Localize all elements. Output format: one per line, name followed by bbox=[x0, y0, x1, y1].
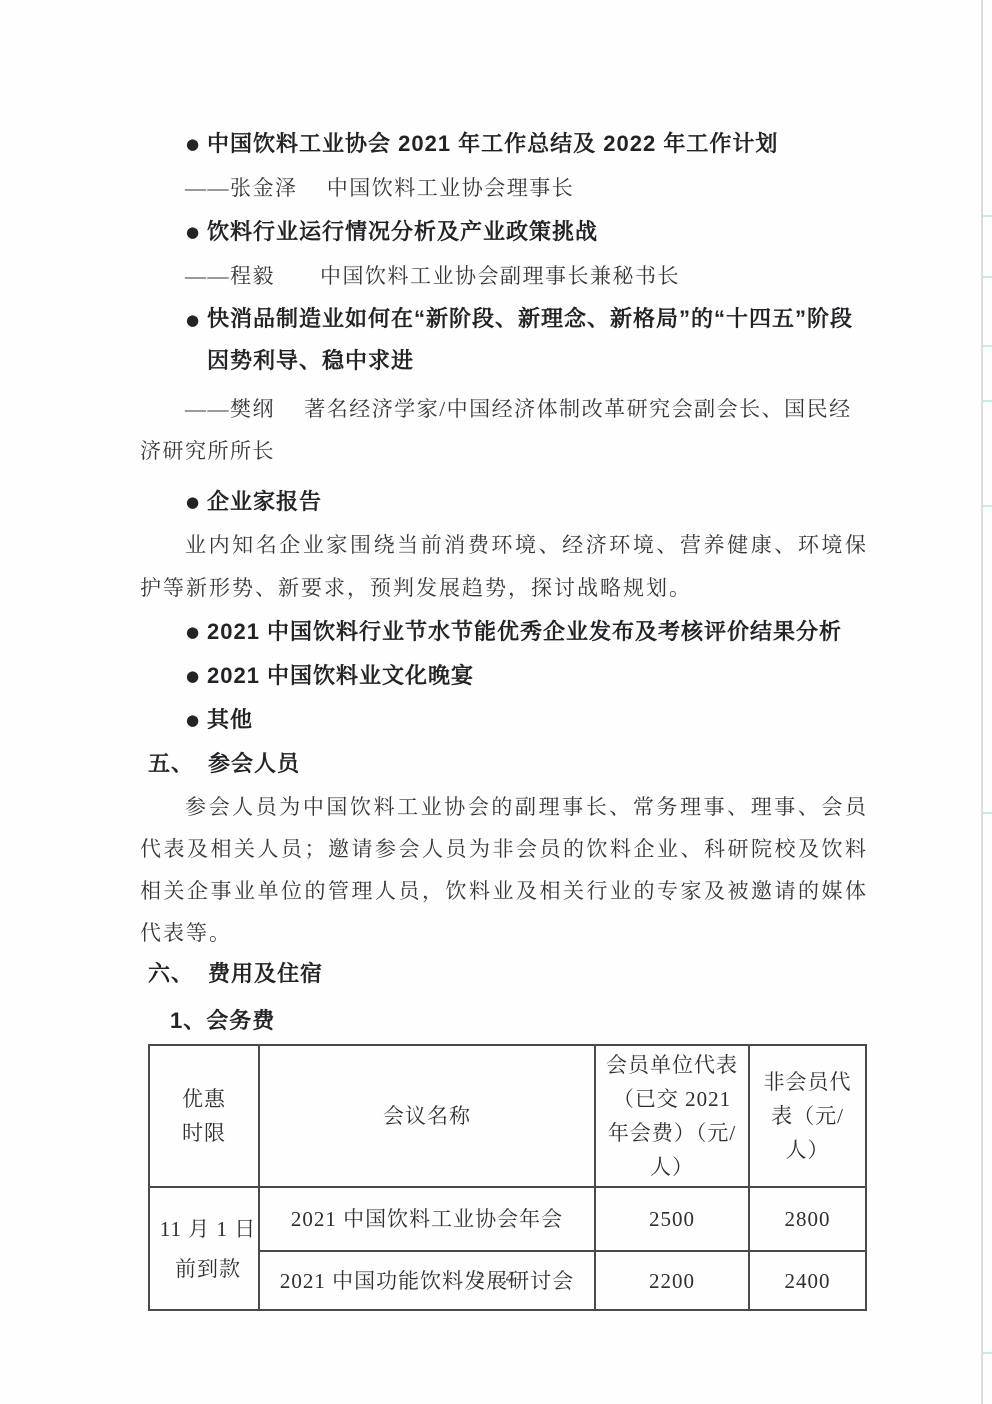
agenda-item-7: ● 其他 bbox=[140, 698, 868, 742]
header-discount-period: 优惠时限 bbox=[149, 1045, 259, 1187]
document-body: ● 中国饮料工业协会 2021 年工作总结及 2022 年工作计划 ——张金泽 … bbox=[140, 122, 868, 1311]
scan-artifact-tick bbox=[982, 1352, 992, 1354]
section-5-number: 五、 bbox=[148, 751, 194, 776]
agenda-item-2-text: 饮料行业运行情况分析及产业政策挑战 bbox=[207, 219, 598, 244]
agenda-item-6-text: 2021 中国饮料业文化晚宴 bbox=[207, 663, 474, 688]
entrepreneur-note-paragraph: 业内知名企业家围绕当前消费环境、经济环境、营养健康、环境保护等新形势、新要求，预… bbox=[140, 524, 868, 610]
agenda-item-2: ● 饮料行业运行情况分析及产业政策挑战 bbox=[140, 210, 868, 254]
section-5-heading: 五、参会人员 bbox=[148, 742, 868, 786]
header-member-fee: 会员单位代表（已交 2021 年会费）（元/人） bbox=[595, 1045, 749, 1187]
page-number: 2 / 4 bbox=[0, 1268, 992, 1288]
document-page: ● 中国饮料工业协会 2021 年工作总结及 2022 年工作计划 ——张金泽 … bbox=[0, 0, 992, 1404]
speaker-line-3: ——樊纲 著名经济学家/中国经济体制改革研究会副会长、国民经济研究所所长 bbox=[140, 388, 868, 472]
bullet-icon: ● bbox=[186, 298, 200, 342]
bullet-icon: ● bbox=[186, 210, 200, 254]
agenda-item-1-text: 中国饮料工业协会 2021 年工作总结及 2022 年工作计划 bbox=[207, 131, 778, 156]
subsection-fee-heading: 1、会务费 bbox=[170, 1006, 868, 1036]
agenda-item-4: ● 企业家报告 bbox=[140, 480, 868, 524]
discount-period-cell: 11 月 1 日前到款 bbox=[149, 1187, 259, 1310]
scan-artifact-line bbox=[981, 0, 983, 1404]
agenda-item-3: ● 快消品制造业如何在“新阶段、新理念、新格局”的“十四五”阶段因势利导、稳中求… bbox=[140, 298, 868, 382]
scan-artifact-tick bbox=[982, 215, 992, 217]
agenda-item-3-text: 快消品制造业如何在“新阶段、新理念、新格局”的“十四五”阶段因势利导、稳中求进 bbox=[207, 306, 853, 373]
bullet-icon: ● bbox=[186, 480, 200, 524]
section-6-heading: 六、费用及住宿 bbox=[148, 954, 868, 994]
meeting-name-cell: 2021 中国饮料工业协会年会 bbox=[259, 1187, 595, 1251]
section-6-title: 费用及住宿 bbox=[208, 961, 323, 986]
speaker-line-2: ——程毅 中国饮料工业协会副理事长兼秘书长 bbox=[140, 254, 868, 298]
agenda-item-5: ● 2021 中国饮料行业节水节能优秀企业发布及考核评价结果分析 bbox=[140, 610, 868, 654]
fee-table-header-row: 优惠时限 会议名称 会员单位代表（已交 2021 年会费）（元/人） 非会员代表… bbox=[149, 1045, 866, 1187]
bullet-icon: ● bbox=[186, 698, 200, 742]
member-fee-cell: 2500 bbox=[595, 1187, 749, 1251]
bullet-icon: ● bbox=[186, 610, 200, 654]
section-5-title: 参会人员 bbox=[208, 751, 300, 776]
bullet-icon: ● bbox=[186, 122, 200, 166]
agenda-item-7-text: 其他 bbox=[207, 707, 253, 732]
fee-table-row: 11 月 1 日前到款 2021 中国饮料工业协会年会 2500 2800 bbox=[149, 1187, 866, 1251]
scan-artifact-tick bbox=[982, 812, 992, 814]
agenda-item-1: ● 中国饮料工业协会 2021 年工作总结及 2022 年工作计划 bbox=[140, 122, 868, 166]
agenda-item-4-text: 企业家报告 bbox=[207, 489, 322, 514]
bullet-icon: ● bbox=[186, 654, 200, 698]
section-5-paragraph: 参会人员为中国饮料工业协会的副理事长、常务理事、理事、会员代表及相关人员；邀请参… bbox=[140, 786, 868, 954]
speaker-line-1: ——张金泽 中国饮料工业协会理事长 bbox=[140, 166, 868, 210]
scan-artifact-tick bbox=[982, 345, 992, 347]
header-non-member-fee: 非会员代表（元/人） bbox=[749, 1045, 866, 1187]
agenda-item-5-text: 2021 中国饮料行业节水节能优秀企业发布及考核评价结果分析 bbox=[207, 619, 842, 644]
non-member-fee-cell: 2800 bbox=[749, 1187, 866, 1251]
header-meeting-name: 会议名称 bbox=[259, 1045, 595, 1187]
scan-artifact-tick bbox=[982, 505, 992, 507]
agenda-item-6: ● 2021 中国饮料业文化晚宴 bbox=[140, 654, 868, 698]
scan-artifact-tick bbox=[982, 276, 992, 278]
section-6-number: 六、 bbox=[148, 961, 194, 986]
scan-artifact-tick bbox=[982, 400, 992, 402]
